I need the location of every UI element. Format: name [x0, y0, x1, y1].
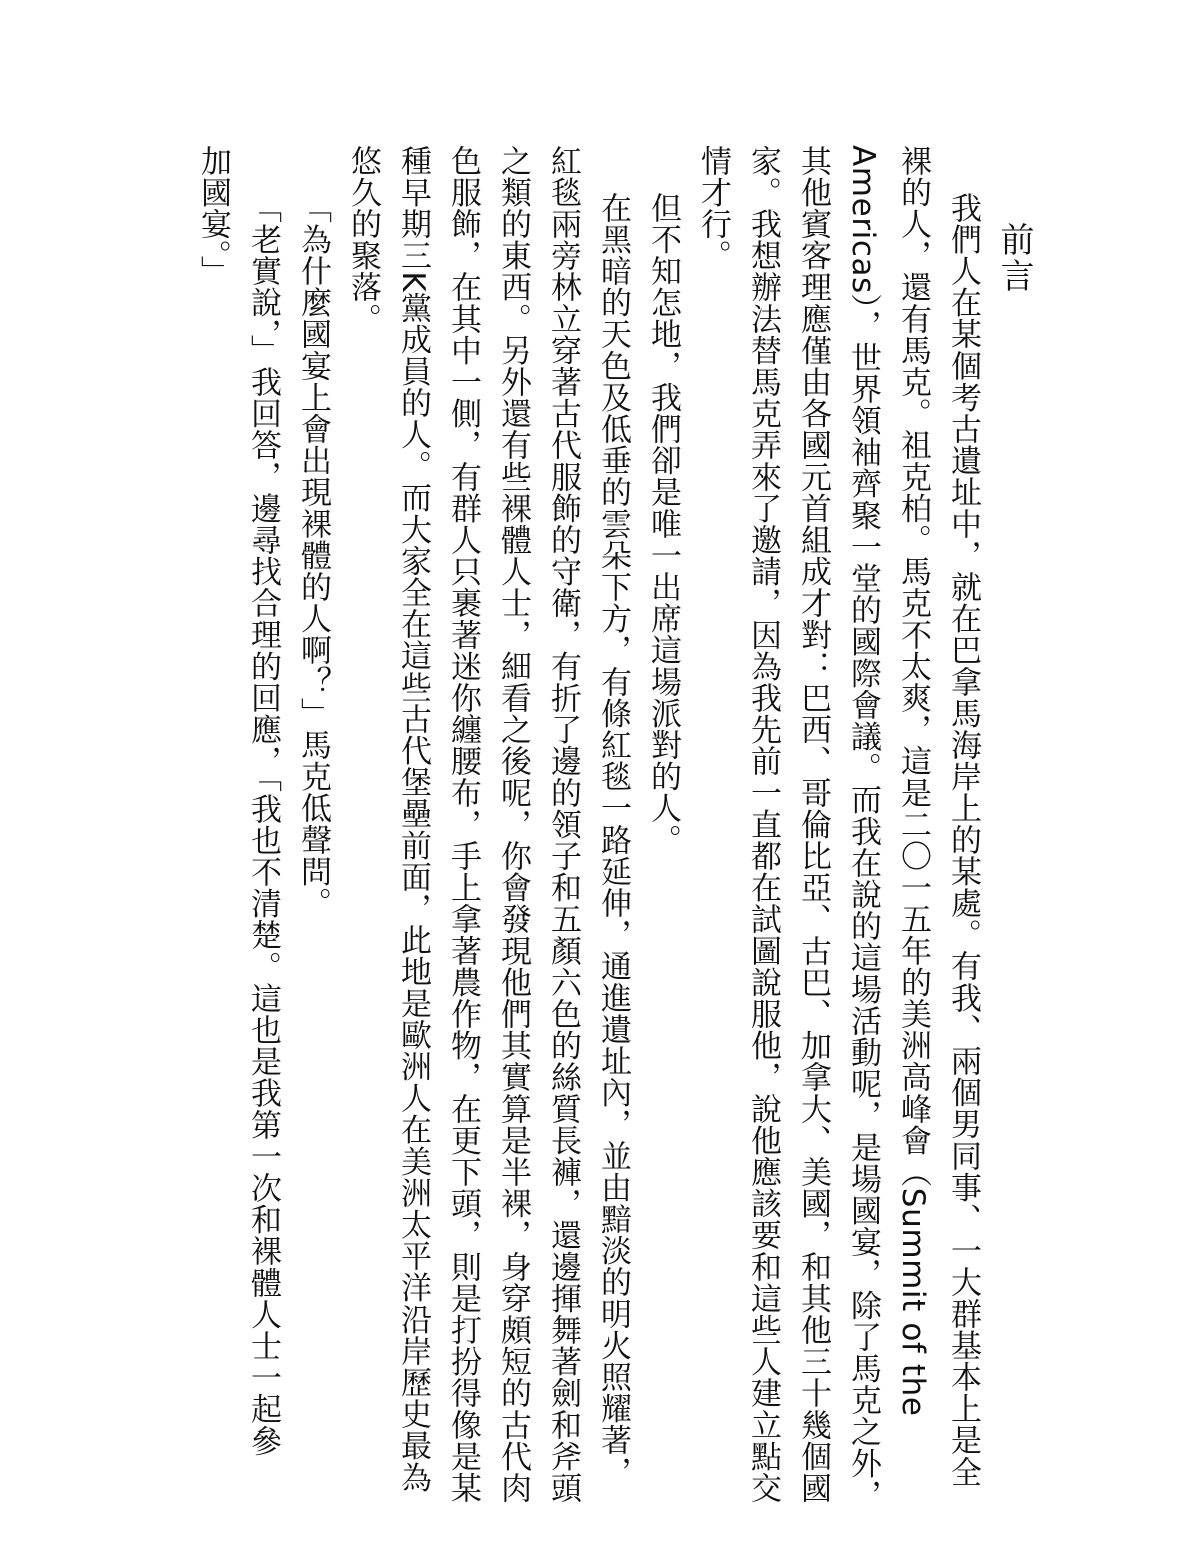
text-column: 加國宴。」 — [193, 145, 233, 288]
document-page: 前言 我們人在某個考古遺址中，就在巴拿馬海岸上的某處。有我、兩個男同事、一大群基… — [0, 0, 1200, 1553]
text-column: Americas），世界領袖齊聚一堂的國際會議。而我在說的這場活動呢，是場國宴，… — [843, 145, 883, 1511]
text-column: 色服飾，在其中一側，有群人只裹著迷你纏腰布，手上拿著農作物，在更下頭，則是打扮得… — [443, 145, 483, 1504]
text-column: 之類的東西。另外還有些裸體人士，細看之後呢，你會發現他們其實算是半裸，身穿頗短的… — [493, 145, 533, 1504]
text-column: 但不知怎地，我們卻是唯一出席這場派對的人。 — [643, 192, 683, 856]
text-column: 其他賓客理應僅由各國元首組成才對：巴西、哥倫比亞、古巴、加拿大、美國，和其他三十… — [793, 145, 833, 1504]
text-column: 在黑暗的天色及低垂的雲朵下方，有條紅毯一路延伸，通進遺址內，並由黯淡的明火照耀著… — [593, 192, 633, 1488]
text-column: 紅毯兩旁林立穿著古代服飾的守衛，有折了邊的領子和五顏六色的絲質長褲，還邊揮舞著劍… — [543, 145, 583, 1504]
text-column: 我們人在某個考古遺址中，就在巴拿馬海岸上的某處。有我、兩個男同事、一大群基本上是… — [943, 192, 983, 1488]
text-column: 裸的人，還有馬克。祖克柏。馬克不太爽，這是二〇一五年的美洲高峰會（Summit … — [893, 145, 933, 1417]
text-column: 「為什麼國宴上會出現裸體的人啊？」馬克低聲問。 — [293, 192, 333, 919]
text-column: 情才行。 — [693, 145, 733, 271]
text-column: 「老實說，」我回答，邊尋找合理的回應，「我也不清楚。這也是我第一次和裸體人士一起… — [243, 192, 283, 1457]
chapter-title: 前言 — [990, 222, 1038, 294]
text-column: 家。我想辦法替馬克弄來了邀請，因為我先前一直都在試圖說服他，說他應該要和這些人建… — [743, 145, 783, 1504]
text-column: 悠久的聚落。 — [343, 145, 383, 335]
text-column: 種早期三K黨成員的人。而大家全在這些古代堡壘前面，此地是歐洲人在美洲太平洋沿岸歷… — [393, 145, 433, 1493]
